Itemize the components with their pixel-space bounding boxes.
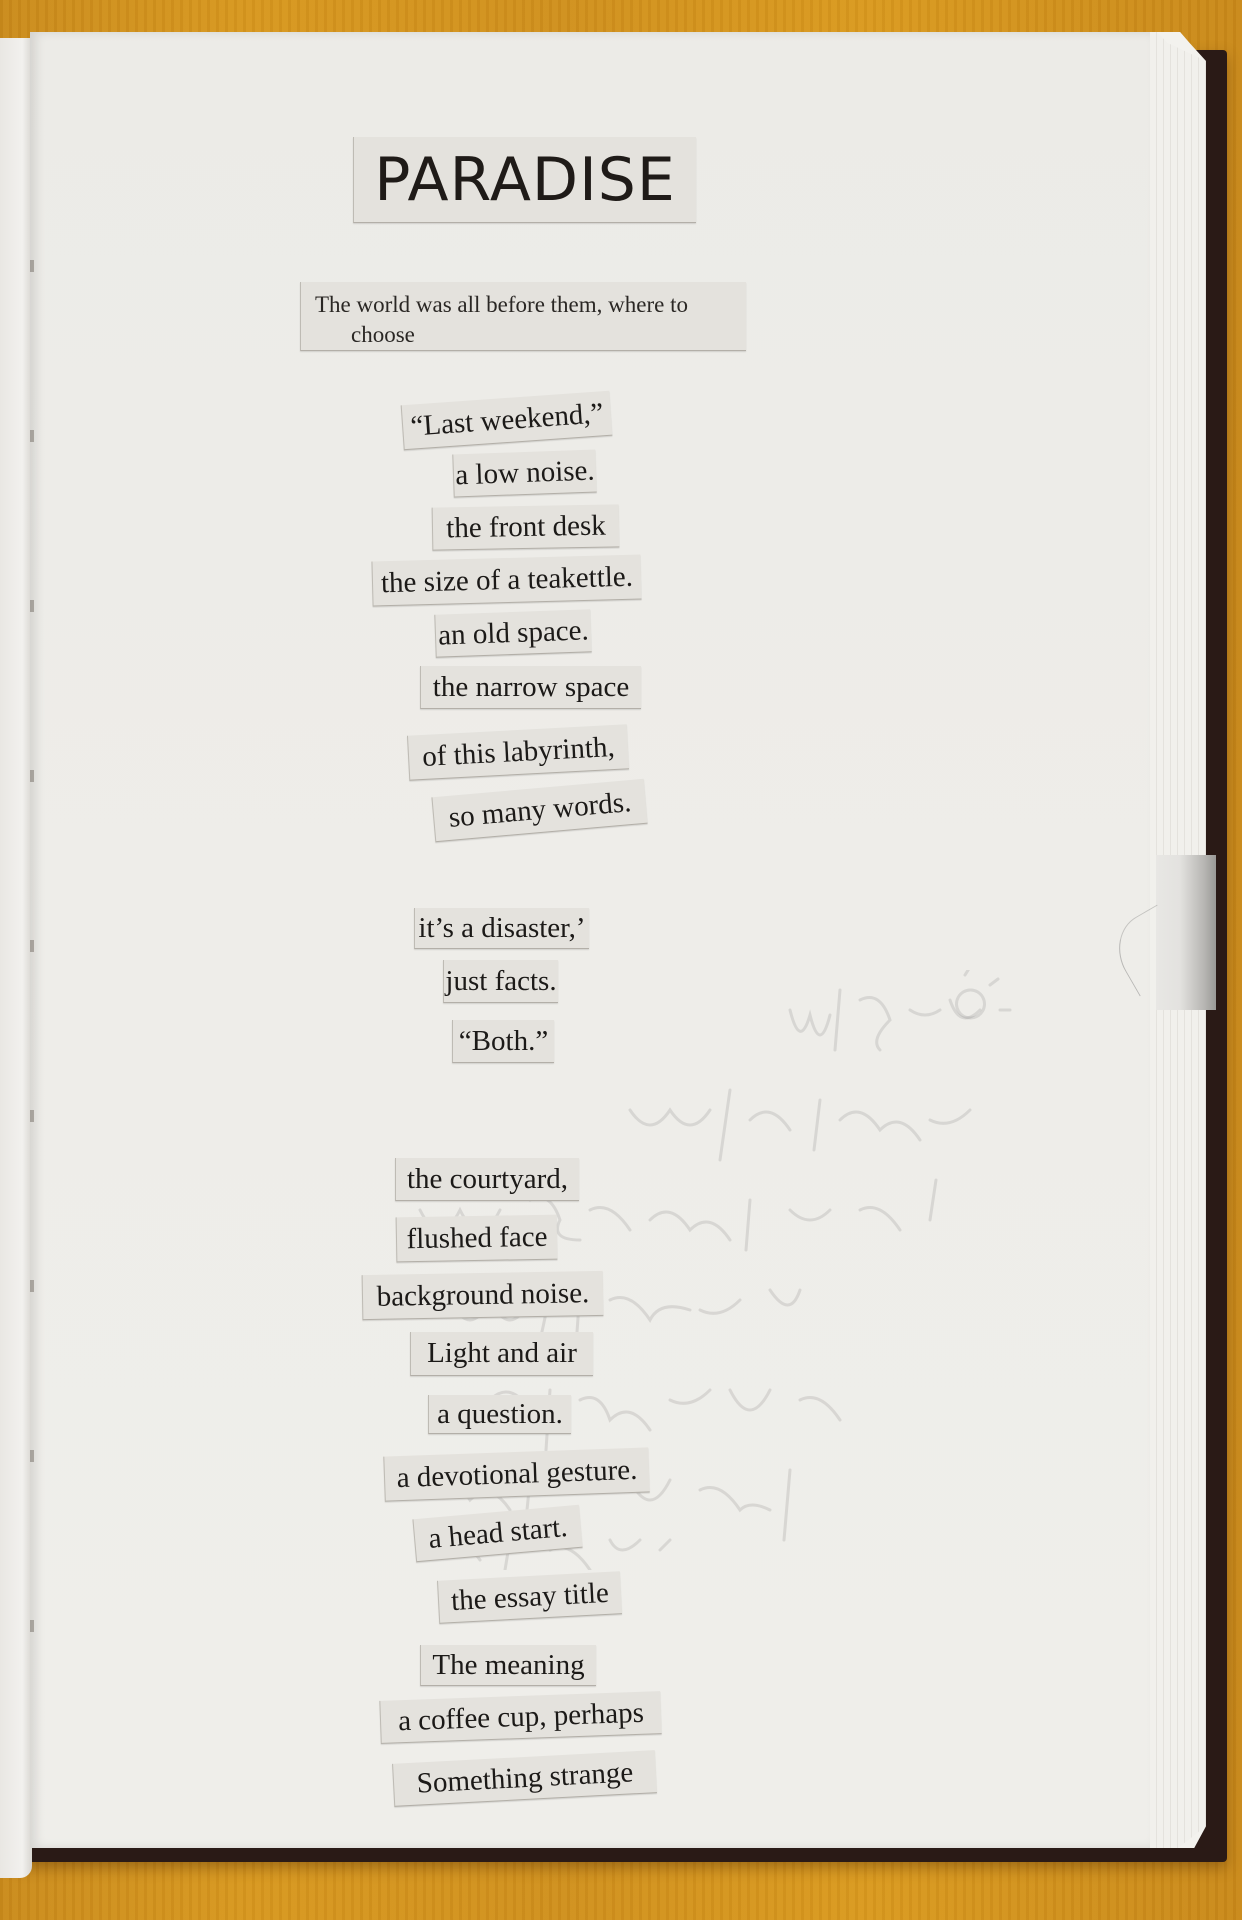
poem-line: a devotional gesture. xyxy=(383,1447,649,1501)
poem-line: Light and air xyxy=(410,1332,593,1376)
poem-line: the courtyard, xyxy=(395,1158,579,1201)
epigraph-line-1: The world was all before them, where to xyxy=(315,292,688,317)
epigraph-line-2: choose xyxy=(315,320,736,350)
poem-line: the size of a teakettle. xyxy=(371,554,641,606)
poem-line: the narrow space xyxy=(420,666,641,709)
poem-line: an old space. xyxy=(434,609,591,657)
poem-line: the front desk xyxy=(432,504,620,550)
gutter-marks xyxy=(30,180,34,1780)
poem-line: flushed face xyxy=(396,1215,558,1263)
left-page-edge xyxy=(0,38,32,1878)
poem-line: a low noise. xyxy=(452,450,596,498)
poem-line: it’s a disaster,’ xyxy=(414,908,589,949)
poem-line: “Both.” xyxy=(452,1020,554,1063)
poem-line: a question. xyxy=(428,1395,571,1434)
poem-line: background noise. xyxy=(362,1271,604,1320)
poem-line: The meaning xyxy=(420,1645,596,1686)
poem-line: just facts. xyxy=(443,960,558,1003)
poem-title: PARADISE xyxy=(353,137,696,223)
poem-epigraph: The world was all before them, where to … xyxy=(300,282,746,351)
